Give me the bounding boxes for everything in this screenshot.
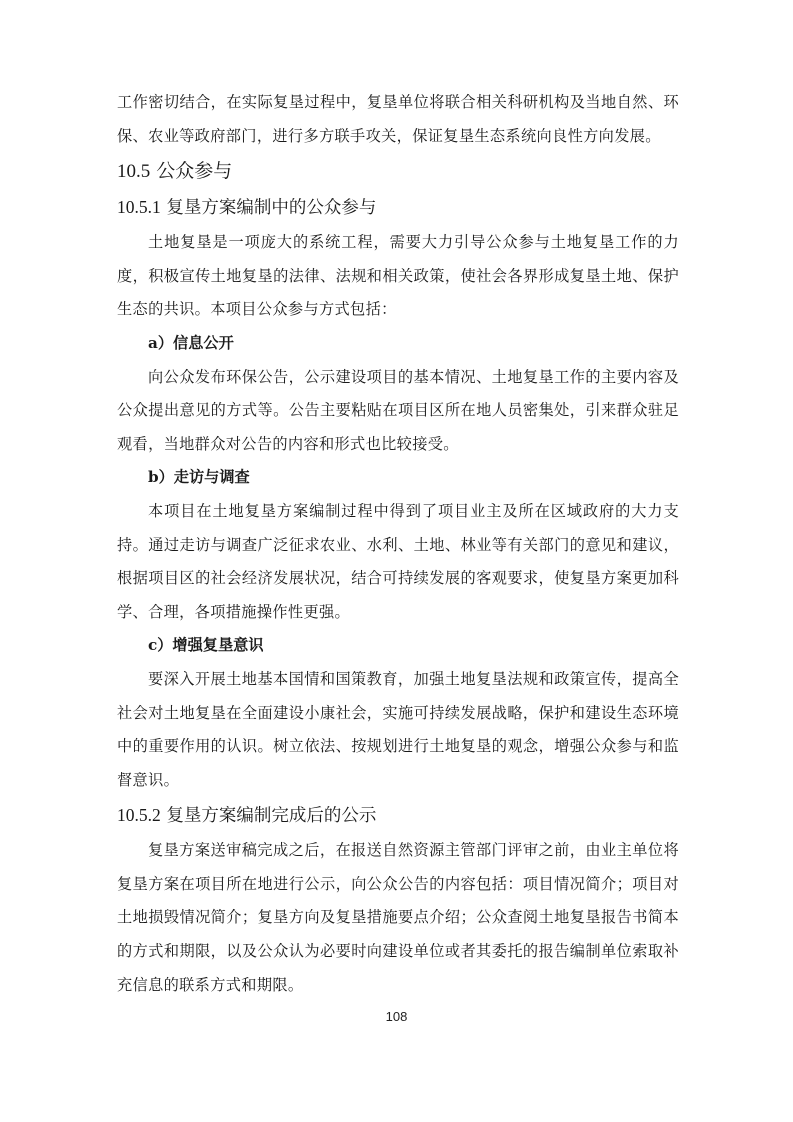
item-b-label: b）走访与调查 [117,461,679,495]
section-title: 公众参与 [156,160,232,182]
document-page: 工作密切结合，在实际复垦过程中，复垦单位将联合相关科研机构及当地自然、环保、农业… [117,86,679,1002]
section-number: 10.5 [117,161,150,182]
subsection-2-number: 10.5.2 [117,805,161,825]
section-heading: 10.5 公众参与 [117,153,679,189]
item-a-label: a）信息公开 [117,327,679,361]
subsection-1-title: 复垦方案编制中的公众参与 [166,198,376,218]
item-c-text: 要深入开展土地基本国情和国策教育，加强土地复垦法规和政策宣传，提高全社会对土地复… [117,663,679,797]
item-b-text: 本项目在土地复垦方案编制过程中得到了项目业主及所在区域政府的大力支持。通过走访与… [117,495,679,629]
subsection-2-title: 复垦方案编制完成后的公示 [166,806,376,826]
subsection-1-paragraph: 土地复垦是一项庞大的系统工程，需要大力引导公众参与土地复垦工作的力度，积极宣传土… [117,226,679,327]
intro-paragraph: 工作密切结合，在实际复垦过程中，复垦单位将联合相关科研机构及当地自然、环保、农业… [117,86,679,153]
subsection-2-heading: 10.5.2 复垦方案编制完成后的公示 [117,797,679,834]
subsection-1-number: 10.5.1 [117,197,161,217]
subsection-1-heading: 10.5.1 复垦方案编制中的公众参与 [117,189,679,226]
page-number: 108 [0,1009,793,1024]
item-a-text: 向公众发布环保公告，公示建设项目的基本情况、土地复垦工作的主要内容及公众提出意见… [117,361,679,462]
item-c-label: c）增强复垦意识 [117,629,679,663]
subsection-2-paragraph: 复垦方案送审稿完成之后，在报送自然资源主管部门评审之前，由业主单位将复垦方案在项… [117,834,679,1002]
